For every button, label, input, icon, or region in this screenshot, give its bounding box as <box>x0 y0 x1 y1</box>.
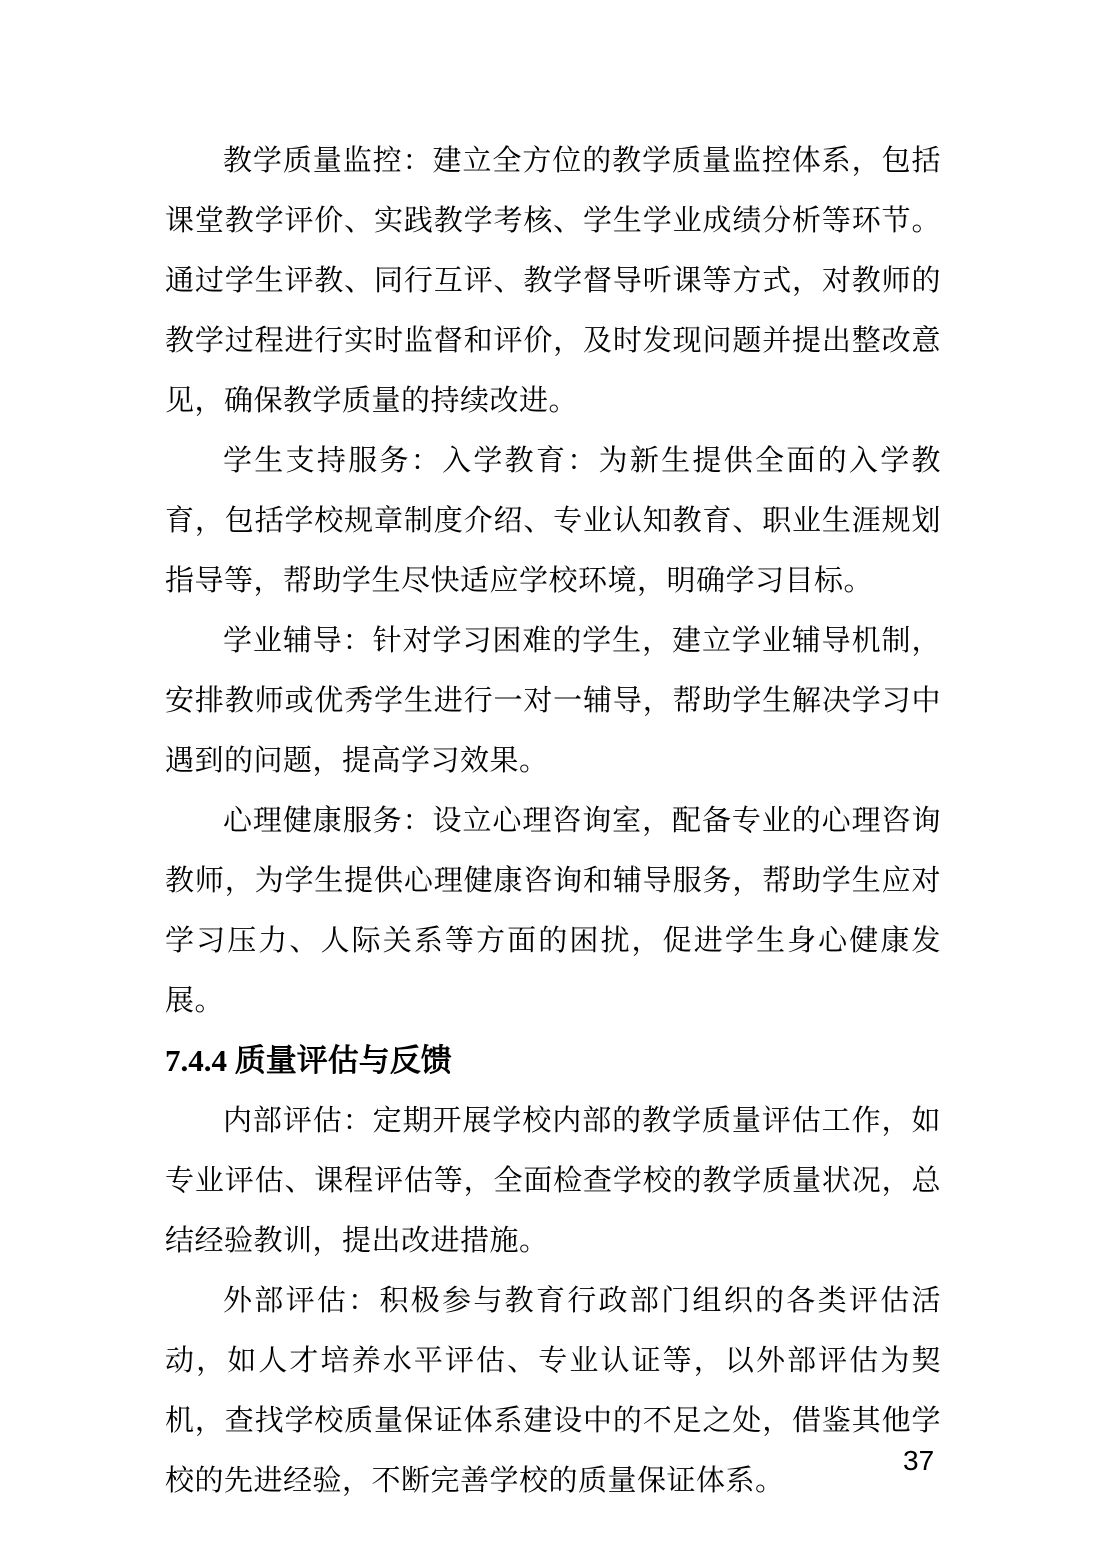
paragraph-mental-health-services: 心理健康服务：设立心理咨询室，配备专业的心理咨询教师，为学生提供心理健康咨询和辅… <box>165 791 941 1031</box>
document-page: 教学质量监控：建立全方位的教学质量监控体系，包括课堂教学评价、实践教学考核、学生… <box>0 0 1102 1559</box>
paragraph-academic-tutoring: 学业辅导：针对学习困难的学生，建立学业辅导机制，安排教师或优秀学生进行一对一辅导… <box>165 611 941 791</box>
page-number: 37 <box>903 1446 934 1476</box>
section-heading-744: 7.4.4 质量评估与反馈 <box>165 1031 941 1091</box>
paragraph-external-evaluation: 外部评估：积极参与教育行政部门组织的各类评估活动，如人才培养水平评估、专业认证等… <box>165 1271 941 1511</box>
document-body: 教学质量监控：建立全方位的教学质量监控体系，包括课堂教学评价、实践教学考核、学生… <box>165 131 941 1511</box>
paragraph-internal-evaluation: 内部评估：定期开展学校内部的教学质量评估工作，如专业评估、课程评估等，全面检查学… <box>165 1091 941 1271</box>
paragraph-student-support-services: 学生支持服务：入学教育：为新生提供全面的入学教育，包括学校规章制度介绍、专业认知… <box>165 431 941 611</box>
paragraph-teaching-quality-monitoring: 教学质量监控：建立全方位的教学质量监控体系，包括课堂教学评价、实践教学考核、学生… <box>165 131 941 431</box>
